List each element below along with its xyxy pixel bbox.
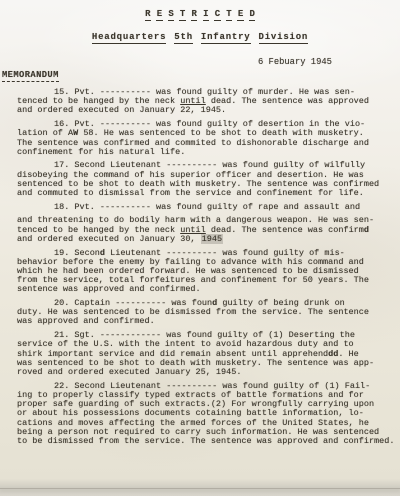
para-18-lead: 18. Pvt. ---------- was found guilty of … bbox=[17, 203, 400, 212]
memo-line: and commuted to dismissal from the servi… bbox=[17, 189, 400, 198]
memo-line: sentence was approved and confirmed. bbox=[17, 285, 400, 294]
memo-line: and ordered executed on January 30, 1945 bbox=[17, 235, 400, 244]
classification-letter: R bbox=[191, 9, 197, 21]
para-18-body: and threatening to do bodily harm with a… bbox=[17, 216, 400, 244]
para-15: 15. Pvt. ---------- was found guilty of … bbox=[17, 88, 400, 116]
para-20: 20. Captain ---------- was found guilty … bbox=[17, 299, 400, 327]
memo-line: 18. Pvt. ---------- was found guilty of … bbox=[17, 203, 400, 212]
headquarters-word: Infantry bbox=[201, 32, 251, 44]
classification-letter: E bbox=[237, 9, 243, 21]
memorandum-label: MEMORANDUM bbox=[2, 70, 59, 82]
para-17: 17. Second Lieutenant ---------- was fou… bbox=[17, 161, 400, 198]
headquarters-word: Headquarters bbox=[92, 32, 166, 44]
headquarters-word: Division bbox=[259, 32, 309, 44]
memo-line: and ordered executed on January 22, 1945… bbox=[17, 106, 400, 115]
memo-line: confinement for his natural life. bbox=[17, 148, 400, 157]
classification-letter: T bbox=[226, 9, 232, 21]
classification-letter: E bbox=[156, 9, 162, 21]
headquarters-word: 5th bbox=[174, 32, 193, 44]
memo-body: 15. Pvt. ---------- was found guilty of … bbox=[17, 88, 400, 446]
memo-line: to be dismissed from the service. The se… bbox=[17, 437, 400, 446]
date-line: 6 Febuary 1945 bbox=[258, 57, 332, 67]
memo-line: roved and ordered executed January 25, 1… bbox=[17, 368, 400, 377]
classification-letter: R bbox=[145, 9, 151, 21]
classification-letter: T bbox=[179, 9, 185, 21]
para-16: 16. Pvt. ---------- was found guilty of … bbox=[17, 120, 400, 157]
para-22: 22. Second Lieutenant ---------- was fou… bbox=[17, 382, 400, 446]
headquarters-line: Headquarters5thInfantryDivision bbox=[0, 32, 400, 44]
classification-letter: S bbox=[168, 9, 174, 21]
classification-letter: I bbox=[203, 9, 209, 21]
classification-letter: C bbox=[214, 9, 220, 21]
para-19: 19. Second Lieutenant ---------- was fou… bbox=[17, 249, 400, 295]
classification-letter: D bbox=[249, 9, 255, 21]
classification-banner: RESTRICTED bbox=[0, 9, 400, 21]
para-21: 21. Sgt. ------------ was found guilty o… bbox=[17, 331, 400, 377]
memo-line: was approved and confirmed. bbox=[17, 317, 400, 326]
document-page: RESTRICTED Headquarters5thInfantryDivisi… bbox=[0, 0, 400, 496]
